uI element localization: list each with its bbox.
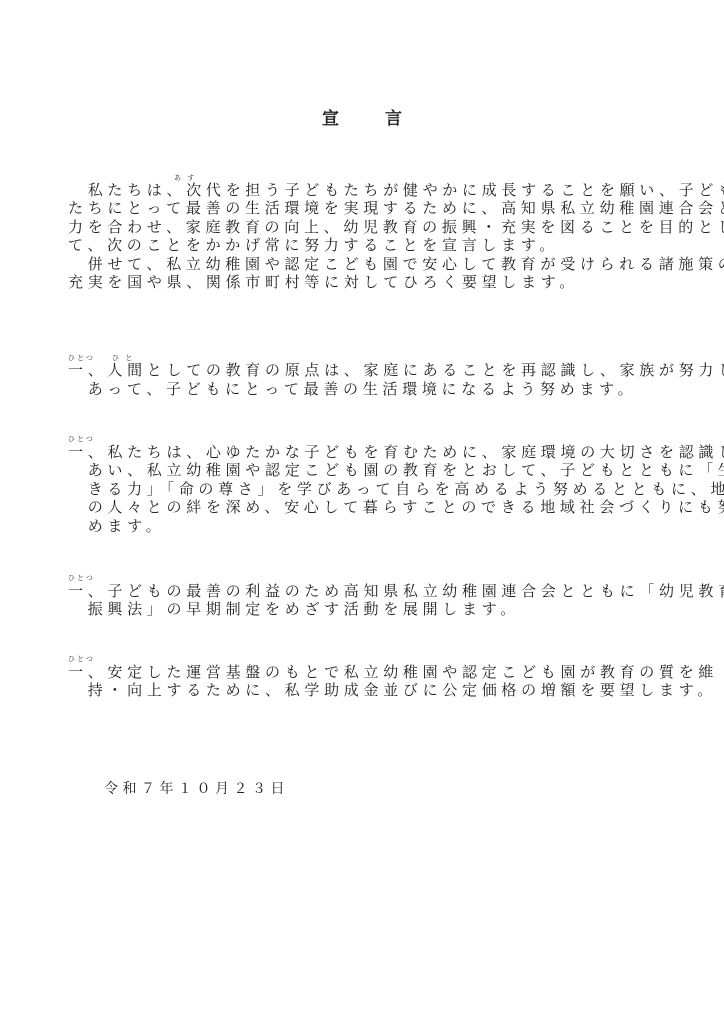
preamble-line: 私たちは、次代を担う子どもたちが健やかに成長することを願い、子ども xyxy=(68,181,724,199)
preamble-line: たちにとって最善の生活環境を実現するために、高知県私立幼稚園連合会と xyxy=(68,199,724,217)
item-line: 一、私たちは、心ゆたかな子どもを育むために、家庭環境の大切さを認識し xyxy=(68,443,724,461)
preamble-line: 併せて、私立幼稚園や認定こども園で安心して教育が受けられる諸施策の xyxy=(68,255,724,273)
preamble-line: 力を合わせ、家庭教育の向上、幼児教育の振興・充実を図ることを目的とし xyxy=(68,218,724,236)
item-line: 一、人間としての教育の原点は、家庭にあることを再認識し、家族が努力し xyxy=(68,361,724,379)
item-line: 一、子どもの最善の利益のため高知県私立幼稚園連合会とともに「幼児教育 xyxy=(68,582,724,600)
document-date: 令和７年１０月２３日 xyxy=(104,778,289,798)
preamble-line: 充実を国や県、関係市町村等に対してひろく要望します。 xyxy=(68,273,579,291)
preamble-line: て、次のことをかかげ常に努力することを宣言します。 xyxy=(68,236,559,254)
item-line: あい、私立幼稚園や認定こども園の教育をとおして、子どもとともに「生 xyxy=(68,461,724,479)
item-line: きる力」「命の尊さ」を学びあって自らを高めるよう努めるとともに、地域 xyxy=(68,480,724,498)
item-line: あって、子どもにとって最善の生活環境になるよう努めます。 xyxy=(68,380,637,398)
item-line: の人々との絆を深め、安心して暮らすことのできる地域社会づくりにも努 xyxy=(68,498,724,516)
item-line: 一、安定した運営基盤のもとで私立幼稚園や認定こども園が教育の質を維 xyxy=(68,663,718,681)
item-line: めます。 xyxy=(68,517,165,535)
item-line: 振興法」の早期制定をめざす活動を展開します。 xyxy=(68,600,520,618)
item-line: 持・向上するために、私学助成金並びに公定価格の増額を要望します。 xyxy=(68,681,717,699)
document-title: 宣言 xyxy=(0,104,724,129)
